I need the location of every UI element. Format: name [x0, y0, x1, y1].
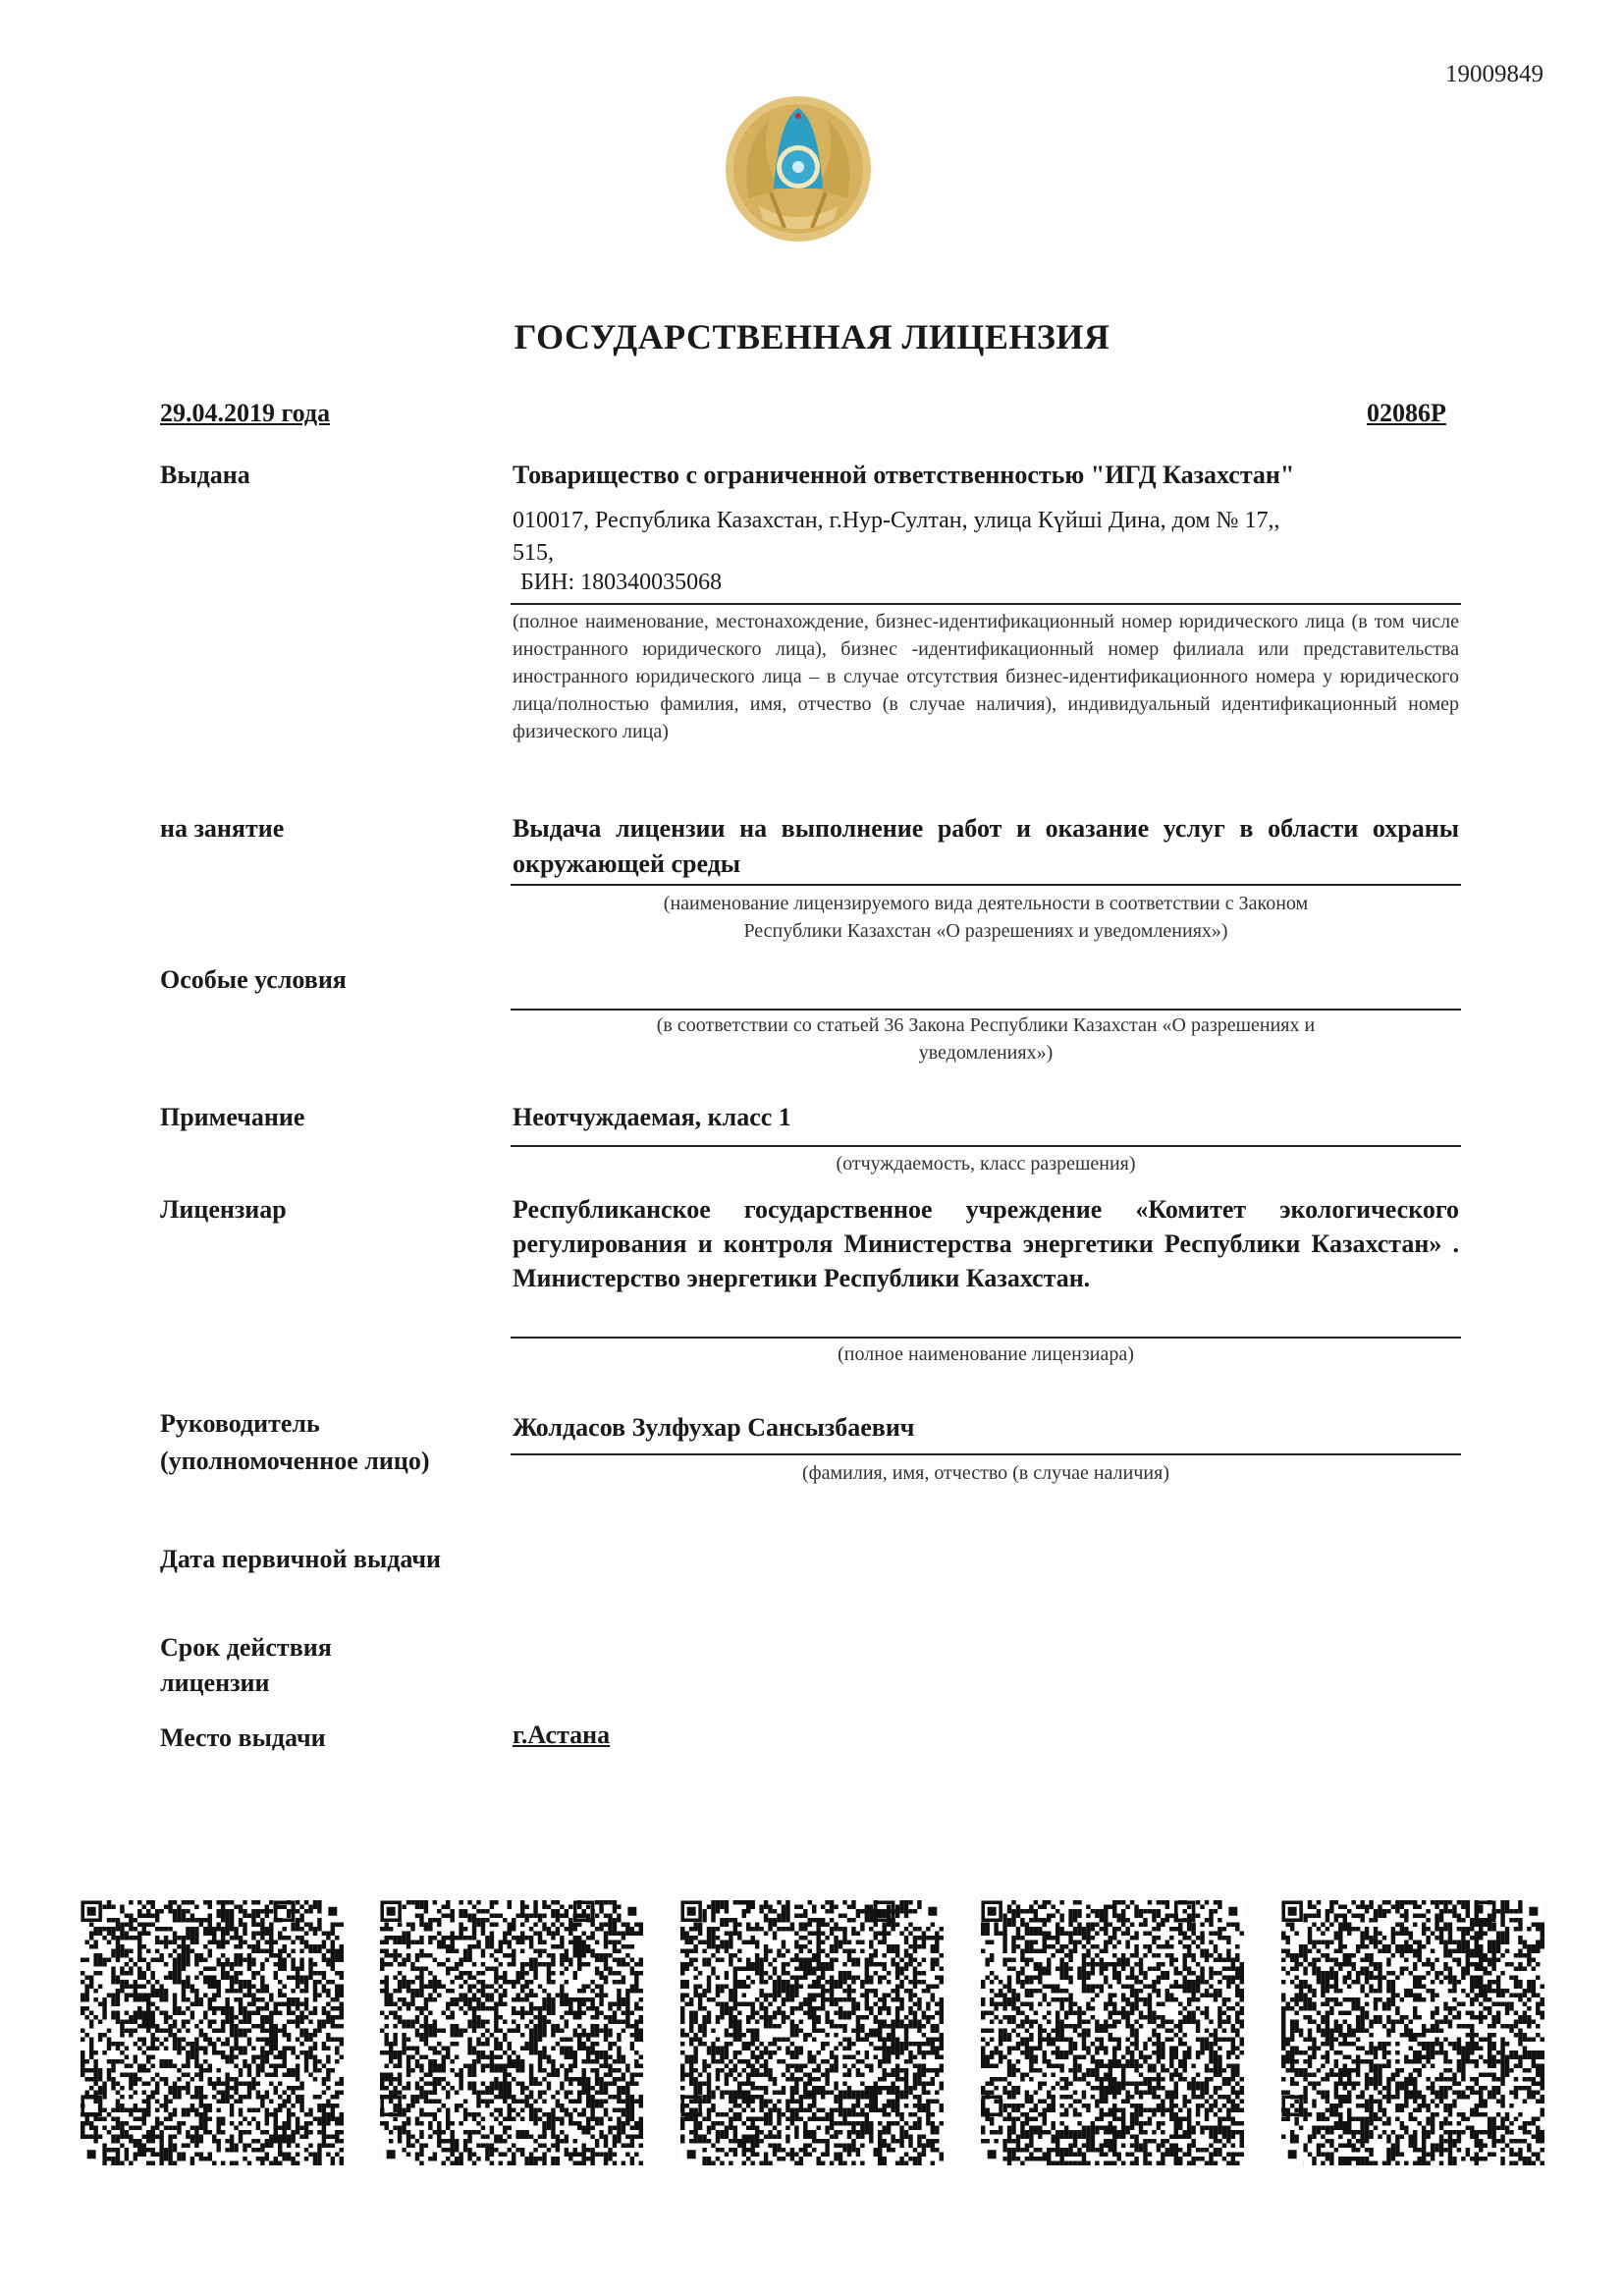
licensee-address-line1: 010017, Республика Казахстан, г.Нур-Султ…	[513, 505, 1459, 537]
issued-to-caption: (полное наименование, местонахождение, б…	[513, 608, 1459, 745]
place-of-issue-label: Место выдачи	[160, 1721, 326, 1756]
validity-label-line1: Срок действия	[160, 1630, 332, 1666]
divider	[511, 1145, 1461, 1147]
place-of-issue-value: г.Астана	[513, 1721, 610, 1750]
licensee-name: Товарищество с ограниченной ответственно…	[513, 458, 1459, 493]
qr-code-icon	[981, 1900, 1244, 2165]
validity-label-line2: лицензии	[160, 1666, 269, 1701]
state-emblem-icon	[720, 90, 877, 247]
divider	[511, 603, 1461, 605]
license-number: 02086Р	[1367, 399, 1446, 428]
head-label-line2: (уполномоченное лицо)	[160, 1444, 429, 1479]
note-caption: (отчуждаемость, класс разрешения)	[513, 1150, 1459, 1177]
page-title: ГОСУДАРСТВЕННАЯ ЛИЦЕНЗИЯ	[0, 316, 1624, 357]
activity-label: на занятие	[160, 811, 284, 847]
activity-caption-line2: Республики Казахстан «О разрешениях и ув…	[513, 917, 1459, 945]
licensor-label: Лицензиар	[160, 1192, 287, 1228]
head-value: Жолдасов Зулфухар Сансызбаевич	[513, 1410, 1459, 1446]
special-conditions-caption-line2: уведомлениях»)	[513, 1039, 1459, 1066]
qr-code-icon	[380, 1900, 643, 2165]
licensor-value: Республиканское государственное учрежден…	[513, 1192, 1459, 1295]
special-conditions-label: Особые условия	[160, 962, 347, 998]
document-number: 19009849	[1445, 61, 1543, 88]
qr-code-icon	[81, 1900, 344, 2165]
head-label-line1: Руководитель	[160, 1406, 320, 1442]
licensee-bin: БИН: 180340035068	[520, 567, 1467, 599]
special-conditions-caption-line1: (в соответствии со статьей 36 Закона Рес…	[513, 1011, 1459, 1039]
issue-date: 29.04.2019 года	[160, 399, 330, 428]
qr-code-icon	[680, 1900, 944, 2165]
licensor-caption: (полное наименование лицензиара)	[513, 1340, 1459, 1368]
issued-to-label: Выдана	[160, 458, 250, 493]
divider	[511, 884, 1461, 886]
note-label: Примечание	[160, 1100, 304, 1135]
licensee-address-line2: 515,	[513, 537, 1459, 570]
head-caption: (фамилия, имя, отчество (в случае наличи…	[513, 1459, 1459, 1487]
qr-code-icon	[1281, 1900, 1544, 2165]
divider	[511, 1453, 1461, 1455]
divider	[511, 1337, 1461, 1339]
divider	[511, 1009, 1461, 1011]
first-issue-date-label: Дата первичной выдачи	[160, 1542, 441, 1577]
activity-value: Выдача лицензии на выполнение работ и ок…	[513, 811, 1459, 882]
note-value: Неотчуждаемая, класс 1	[513, 1100, 1459, 1135]
activity-caption-line1: (наименование лицензируемого вида деятел…	[513, 890, 1459, 917]
